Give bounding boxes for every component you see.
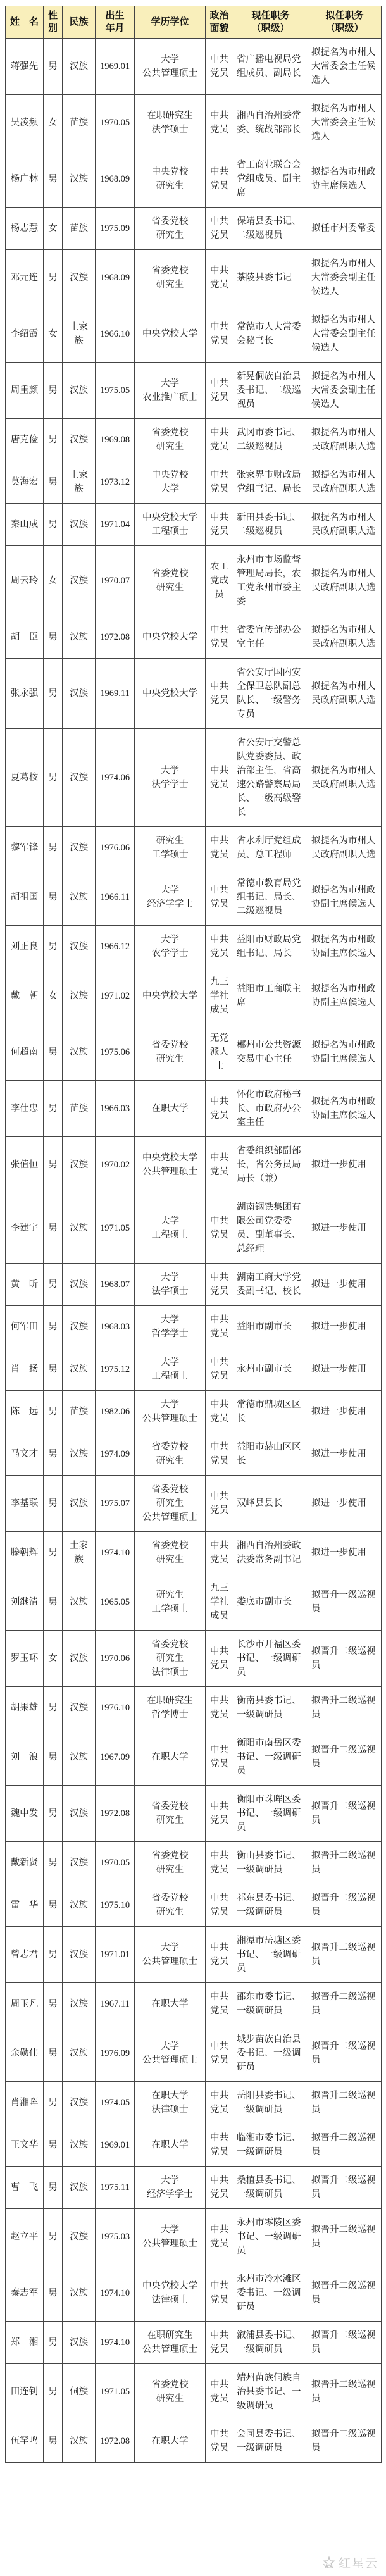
cell-birth: 1974.10: [96, 2265, 135, 2322]
cell-ethnicity: 侗族: [63, 2364, 96, 2420]
cell-birth: 1973.12: [96, 461, 135, 504]
cell-education: 大学 公共管理硕士: [135, 39, 206, 95]
cell-proposed: 拟晋升二级巡视员: [308, 1631, 382, 1687]
cell-gender: 男: [44, 2364, 63, 2420]
cell-gender: 女: [44, 968, 63, 1024]
cell-education: 大学 农业推广硕士: [135, 363, 206, 419]
cell-party: 中共党员: [206, 1631, 233, 1687]
cell-education: 省委党校 研究生: [135, 1842, 206, 1884]
cell-party: 中共党员: [206, 2124, 233, 2167]
cell-name: 胡果雄: [6, 1687, 44, 1729]
table-row: 郑 湘男汉族1974.10在职研究生 公共管理硕士中共党员溆浦县委书记、一级调研…: [6, 2322, 382, 2364]
cell-proposed: 拟提名为市州政协副主席候选人: [308, 1024, 382, 1081]
cell-birth: 1970.05: [96, 95, 135, 151]
cell-education: 大学 经济学学士: [135, 2167, 206, 2209]
cell-birth: 1975.10: [96, 1884, 135, 1927]
cell-gender: 男: [44, 2265, 63, 2322]
cell-name: 杨广林: [6, 151, 44, 208]
cell-proposed: 拟晋升二级巡视员: [308, 2167, 382, 2209]
cell-party: 中共党员: [206, 1348, 233, 1391]
cell-current: 会同县委书记、一级调研员: [233, 2420, 308, 2463]
cell-ethnicity: 苗族: [63, 208, 96, 250]
cell-party: 中共党员: [206, 1476, 233, 1532]
cell-education: 省委党校 研究生: [135, 419, 206, 461]
cell-name: 胡 臣: [6, 616, 44, 659]
cell-education: 在职大学: [135, 2124, 206, 2167]
cell-proposed: 拟提名为市州人民政府副职人选: [308, 461, 382, 504]
cell-current: 溆浦县委书记、一级调研员: [233, 2322, 308, 2364]
cell-ethnicity: 汉族: [63, 869, 96, 926]
cell-current: 长沙市开福区委书记、一级调研员: [233, 1631, 308, 1687]
cell-gender: 男: [44, 419, 63, 461]
cell-ethnicity: 汉族: [63, 1927, 96, 1983]
cell-ethnicity: 汉族: [63, 419, 96, 461]
cell-current: 娄底市副市长: [233, 1574, 308, 1631]
cell-ethnicity: 汉族: [63, 1024, 96, 1081]
cell-gender: 男: [44, 2025, 63, 2082]
cell-birth: 1974.05: [96, 2082, 135, 2124]
cell-proposed: 拟晋升二级巡视员: [308, 2209, 382, 2265]
cell-birth: 1968.03: [96, 1306, 135, 1348]
cell-party: 中共党员: [206, 1306, 233, 1348]
cell-education: 中央党校大学 公共管理硕士: [135, 1137, 206, 1193]
cell-ethnicity: 汉族: [63, 1433, 96, 1476]
cell-ethnicity: 土家族: [63, 461, 96, 504]
cell-birth: 1965.05: [96, 1574, 135, 1631]
cell-current: 省委宣传部办公室主任: [233, 616, 308, 659]
cell-ethnicity: 汉族: [63, 659, 96, 729]
cell-name: 黄 昕: [6, 1264, 44, 1306]
cell-ethnicity: 土家族: [63, 306, 96, 363]
cell-proposed: 拟晋升二级巡视员: [308, 1687, 382, 1729]
cell-proposed: 拟提名为市州人民政府副职人选: [308, 504, 382, 546]
hongxingyun-watermark: 红星云: [321, 2554, 378, 2571]
cell-education: 在职大学: [135, 2420, 206, 2463]
cell-birth: 1967.09: [96, 1729, 135, 1786]
cell-party: 中共党员: [206, 363, 233, 419]
cell-current: 湘西自治州委政法委常务副书记: [233, 1532, 308, 1574]
cell-ethnicity: 汉族: [63, 1983, 96, 2025]
cell-current: 省公安厅交警总队党委委员、政治部主任，省高速公路警察局局长、一级高级警长: [233, 729, 308, 827]
cell-proposed: 拟进一步使用: [308, 1532, 382, 1574]
cell-current: 临湘市委书记、一级调研员: [233, 2124, 308, 2167]
cell-ethnicity: 汉族: [63, 968, 96, 1024]
cell-proposed: 拟晋升二级巡视员: [308, 1729, 382, 1786]
cell-ethnicity: 汉族: [63, 729, 96, 827]
cell-birth: 1975.11: [96, 2167, 135, 2209]
cell-current: 城步苗族自治县委书记、一级调研员: [233, 2025, 308, 2082]
cell-name: 王文华: [6, 2124, 44, 2167]
cell-birth: 1971.02: [96, 968, 135, 1024]
table-row: 伍罕鸣男汉族1972.08在职大学中共党员会同县委书记、一级调研员拟晋升二级巡视…: [6, 2420, 382, 2463]
cell-ethnicity: 苗族: [63, 95, 96, 151]
cell-ethnicity: 汉族: [63, 827, 96, 869]
cell-birth: 1966.12: [96, 926, 135, 968]
cell-gender: 男: [44, 151, 63, 208]
cell-proposed: 拟进一步使用: [308, 1476, 382, 1532]
cell-party: 中共党员: [206, 504, 233, 546]
cell-gender: 女: [44, 306, 63, 363]
table-row: 王文华男汉族1969.01在职大学中共党员临湘市委书记、一级调研员拟晋升二级巡视…: [6, 2124, 382, 2167]
cell-ethnicity: 汉族: [63, 1842, 96, 1884]
cell-current: 武冈市委书记、二级巡视员: [233, 419, 308, 461]
cell-proposed: 拟晋升二级巡视员: [308, 2082, 382, 2124]
cell-gender: 男: [44, 2082, 63, 2124]
cell-gender: 男: [44, 2420, 63, 2463]
table-row: 周玉凡男汉族1967.11在职大学中共党员邵东市委书记、一级调研员拟晋升二级巡视…: [6, 1983, 382, 2025]
cell-current: 衡阳市南岳区委书记、一级调研员: [233, 1729, 308, 1786]
cell-party: 中共党员: [206, 306, 233, 363]
cell-birth: 1970.07: [96, 546, 135, 616]
cell-party: 中共党员: [206, 461, 233, 504]
table-row: 张值恒男汉族1970.02中央党校大学 公共管理硕士中共党员省委组织部副部长，省…: [6, 1137, 382, 1193]
cell-ethnicity: 苗族: [63, 1081, 96, 1137]
cell-ethnicity: 汉族: [63, 1348, 96, 1391]
cell-current: 衡山县委书记、一级调研员: [233, 1842, 308, 1884]
cell-proposed: 拟进一步使用: [308, 1391, 382, 1433]
table-body: 蒋强先男汉族1969.01大学 公共管理硕士中共党员省广播电视局党组成员、副局长…: [6, 39, 382, 2463]
table-row: 莫海宏男土家族1973.12中央党校 大学中共党员张家界市财政局党组书记、局长拟…: [6, 461, 382, 504]
cell-education: 在职大学: [135, 1983, 206, 2025]
table-row: 戴 朝女汉族1971.02中央党校大学九三学社成员益阳市工商联主席拟提名为市州政…: [6, 968, 382, 1024]
watermark-label: 红星云: [339, 2554, 378, 2571]
cell-name: 李建宇: [6, 1193, 44, 1264]
table-row: 夏葛桉男汉族1974.06大学 法学学士中共党员省公安厅交警总队党委委员、政治部…: [6, 729, 382, 827]
cell-gender: 男: [44, 869, 63, 926]
cell-education: 省委党校 研究生: [135, 1024, 206, 1081]
cell-education: 在职大学: [135, 1729, 206, 1786]
cell-proposed: 拟提名为市州人民政府副职人选: [308, 616, 382, 659]
cell-education: 省委党校 研究生: [135, 250, 206, 306]
table-row: 刘 浪男汉族1967.09在职大学中共党员衡阳市南岳区委书记、一级调研员拟晋升二…: [6, 1729, 382, 1786]
cell-party: 中共党员: [206, 1081, 233, 1137]
cell-party: 中共党员: [206, 1193, 233, 1264]
cell-gender: 男: [44, 1024, 63, 1081]
cell-name: 黎军锋: [6, 827, 44, 869]
cell-education: 中央党校大学: [135, 306, 206, 363]
cell-gender: 男: [44, 1348, 63, 1391]
cell-name: 肖 扬: [6, 1348, 44, 1391]
col-header-current-position: 现任职务 （职级）: [233, 6, 308, 39]
cell-party: 中共党员: [206, 1532, 233, 1574]
cell-name: 周玉凡: [6, 1983, 44, 2025]
cell-ethnicity: 汉族: [63, 363, 96, 419]
cell-birth: 1966.10: [96, 306, 135, 363]
cell-party: 中共党员: [206, 1264, 233, 1306]
cell-birth: 1975.09: [96, 208, 135, 250]
cell-party: 中共党员: [206, 1137, 233, 1193]
cell-education: 大学 公共管理硕士: [135, 2025, 206, 2082]
cell-party: 中共党员: [206, 2209, 233, 2265]
cell-birth: 1969.11: [96, 659, 135, 729]
cell-name: 胡祖国: [6, 869, 44, 926]
cell-current: 郴州市公共资源交易中心主任: [233, 1024, 308, 1081]
cell-party: 中共党员: [206, 869, 233, 926]
cell-current: 永州市副市长: [233, 1348, 308, 1391]
table-row: 雷 华男汉族1975.10省委党校 研究生中共党员祁东县委书记、一级调研员拟晋升…: [6, 1884, 382, 1927]
cell-gender: 男: [44, 1081, 63, 1137]
cell-current: 湖南钢铁集团有限公司党委委员、副董事长、总经理: [233, 1193, 308, 1264]
cell-proposed: 拟进一步使用: [308, 1433, 382, 1476]
cell-current: 益阳市副市长: [233, 1306, 308, 1348]
cell-proposed: 拟晋升二级巡视员: [308, 1884, 382, 1927]
cell-ethnicity: 汉族: [63, 1137, 96, 1193]
cell-current: 省委组织部副部长，省公务员局局长（兼）: [233, 1137, 308, 1193]
cell-ethnicity: 汉族: [63, 151, 96, 208]
table-row: 曹 飞男汉族1975.11大学 经济学学士中共党员桑植县委书记、一级调研员拟晋升…: [6, 2167, 382, 2209]
cell-birth: 1976.10: [96, 1687, 135, 1729]
cell-name: 戴新贤: [6, 1842, 44, 1884]
cell-ethnicity: 汉族: [63, 2025, 96, 2082]
cell-current: 省工商业联合会党组成员、副主席: [233, 151, 308, 208]
cell-current: 益阳市工商联主席: [233, 968, 308, 1024]
table-row: 黎军锋男汉族1976.06研究生 工学硕士中共党员省水利厅党组成员、总工程师拟提…: [6, 827, 382, 869]
cell-name: 罗玉环: [6, 1631, 44, 1687]
table-row: 李仕忠男苗族1966.03在职大学中共党员怀化市政府秘书长、市政府办公室主任拟提…: [6, 1081, 382, 1137]
cell-party: 中共党员: [206, 1884, 233, 1927]
table-row: 魏中发男汉族1972.08省委党校 研究生中共党员衡阳市珠晖区委书记、一级调研员…: [6, 1786, 382, 1842]
cell-proposed: 拟晋升二级巡视员: [308, 1983, 382, 2025]
table-row: 蒋强先男汉族1969.01大学 公共管理硕士中共党员省广播电视局党组成员、副局长…: [6, 39, 382, 95]
cell-proposed: 拟晋升二级巡视员: [308, 2420, 382, 2463]
cell-ethnicity: 汉族: [63, 1786, 96, 1842]
cell-gender: 男: [44, 926, 63, 968]
cell-education: 大学 公共管理硕士: [135, 2209, 206, 2265]
cell-ethnicity: 汉族: [63, 1476, 96, 1532]
cell-name: 陈 远: [6, 1391, 44, 1433]
cell-education: 大学 法学硕士: [135, 1264, 206, 1306]
cell-birth: 1982.06: [96, 1391, 135, 1433]
cell-ethnicity: 汉族: [63, 1193, 96, 1264]
cell-party: 九三学社成员: [206, 1574, 233, 1631]
cell-name: 吴凌频: [6, 95, 44, 151]
table-row: 滕朝辉男土家族1974.10省委党校 研究生中共党员湘西自治州委政法委常务副书记…: [6, 1532, 382, 1574]
cell-name: 蒋强先: [6, 39, 44, 95]
cell-party: 中共党员: [206, 1391, 233, 1433]
table-row: 李建宇男汉族1971.05大学 工程硕士中共党员湖南钢铁集团有限公司党委委员、副…: [6, 1193, 382, 1264]
table-row: 张永强男汉族1969.11中央党校大学中共党员省公安厅国内安全保卫总队副总队长、…: [6, 659, 382, 729]
cell-party: 中共党员: [206, 1842, 233, 1884]
cell-birth: 1970.02: [96, 1137, 135, 1193]
cell-gender: 男: [44, 1729, 63, 1786]
cell-birth: 1968.09: [96, 151, 135, 208]
cell-birth: 1975.12: [96, 1348, 135, 1391]
cell-party: 农工党成员: [206, 546, 233, 616]
cell-name: 戴 朝: [6, 968, 44, 1024]
col-header-birthdate: 出生 年月: [96, 6, 135, 39]
cell-birth: 1968.07: [96, 1264, 135, 1306]
cell-proposed: 拟提名为市州人大常委会主任候选人: [308, 95, 382, 151]
cell-proposed: 拟提名为市州人民政府副职人选: [308, 419, 382, 461]
col-header-proposed-position: 拟任职务 （职级）: [308, 6, 382, 39]
cell-proposed: 拟进一步使用: [308, 1348, 382, 1391]
personnel-roster-page: 姓 名 性别 民族 出生 年月 学历学位 政治 面貌 现任职务 （职级） 拟任职…: [0, 0, 386, 2576]
cell-current: 新田县委书记、二级巡视员: [233, 504, 308, 546]
cell-party: 中共党员: [206, 39, 233, 95]
cell-proposed: 拟晋升一级巡视员: [308, 1574, 382, 1631]
cell-name: 李仕忠: [6, 1081, 44, 1137]
cell-proposed: 拟提名为市州政协副主席候选人: [308, 968, 382, 1024]
cell-proposed: 拟进一步使用: [308, 1137, 382, 1193]
cell-party: 中共党员: [206, 2265, 233, 2322]
cell-gender: 男: [44, 659, 63, 729]
cell-birth: 1972.08: [96, 1786, 135, 1842]
cell-party: 中共党员: [206, 2420, 233, 2463]
cell-birth: 1975.03: [96, 2209, 135, 2265]
cell-name: 魏中发: [6, 1786, 44, 1842]
cell-birth: 1976.06: [96, 827, 135, 869]
cell-party: 中共党员: [206, 208, 233, 250]
cell-party: 九三学社成员: [206, 968, 233, 1024]
cell-name: 郑 湘: [6, 2322, 44, 2364]
cell-name: 曾志君: [6, 1927, 44, 1983]
cell-current: 靖州苗族侗族自治县委书记、一级调研员: [233, 2364, 308, 2420]
cell-party: 中共党员: [206, 2025, 233, 2082]
cell-gender: 女: [44, 95, 63, 151]
cell-gender: 男: [44, 1687, 63, 1729]
cell-education: 在职研究生 哲学博士: [135, 1687, 206, 1729]
cell-name: 李基联: [6, 1476, 44, 1532]
table-row: 杨广林男汉族1968.09中央党校 研究生中共党员省工商业联合会党组成员、副主席…: [6, 151, 382, 208]
cell-party: 中共党员: [206, 1983, 233, 2025]
cell-party: 中共党员: [206, 729, 233, 827]
cell-current: 祁东县委书记、一级调研员: [233, 1884, 308, 1927]
cell-birth: 1968.09: [96, 250, 135, 306]
cell-name: 余勋伟: [6, 2025, 44, 2082]
cell-education: 中央党校大学: [135, 616, 206, 659]
cell-gender: 男: [44, 616, 63, 659]
table-row: 李绍霞女土家族1966.10中央党校大学中共党员常德市人大常委会秘书长拟提名为市…: [6, 306, 382, 363]
cell-education: 研究生 工学硕士: [135, 827, 206, 869]
cell-gender: 女: [44, 1631, 63, 1687]
table-row: 胡祖国男汉族1966.11大学 经济学学士中共党员常德市教育局党组书记、局长、二…: [6, 869, 382, 926]
cell-birth: 1969.01: [96, 2124, 135, 2167]
cell-ethnicity: 汉族: [63, 1631, 96, 1687]
cell-current: 益阳市赫山区区长: [233, 1433, 308, 1476]
cell-proposed: 拟晋升二级巡视员: [308, 2364, 382, 2420]
table-row: 田连钊男侗族1971.05省委党校 研究生中共党员靖州苗族侗族自治县委书记、一级…: [6, 2364, 382, 2420]
cell-education: 大学 工程硕士: [135, 1193, 206, 1264]
cell-education: 大学 经济学学士: [135, 869, 206, 926]
cell-current: 邵东市委书记、一级调研员: [233, 1983, 308, 2025]
cell-birth: 1976.09: [96, 2025, 135, 2082]
cell-name: 刘 浪: [6, 1729, 44, 1786]
cell-ethnicity: 汉族: [63, 2209, 96, 2265]
cell-birth: 1974.09: [96, 1433, 135, 1476]
cell-current: 永州市冷水滩区委书记、一级调研员: [233, 2265, 308, 2322]
cell-birth: 1975.07: [96, 1476, 135, 1532]
cell-proposed: 拟晋升二级巡视员: [308, 1927, 382, 1983]
cell-current: 省公安厅国内安全保卫总队副总队长、一级警务专员: [233, 659, 308, 729]
cell-name: 伍罕鸣: [6, 2420, 44, 2463]
cell-party: 中共党员: [206, 1433, 233, 1476]
cell-birth: 1975.06: [96, 1024, 135, 1081]
cell-gender: 男: [44, 729, 63, 827]
cell-gender: 男: [44, 39, 63, 95]
cell-current: 衡阳市珠晖区委书记、一级调研员: [233, 1786, 308, 1842]
cell-party: 中共党员: [206, 827, 233, 869]
cell-education: 省委党校 研究生: [135, 1532, 206, 1574]
cell-name: 李绍霞: [6, 306, 44, 363]
cell-party: 中共党员: [206, 95, 233, 151]
table-row: 胡果雄男汉族1976.10在职研究生 哲学博士中共党员衡南县委书记、一级调研员拟…: [6, 1687, 382, 1729]
cell-proposed: 拟提名为市州人民政府副职人选: [308, 729, 382, 827]
cell-ethnicity: 汉族: [63, 926, 96, 968]
cell-gender: 女: [44, 546, 63, 616]
cell-education: 大学 工程硕士: [135, 1348, 206, 1391]
cell-ethnicity: 汉族: [63, 2124, 96, 2167]
cell-ethnicity: 汉族: [63, 1306, 96, 1348]
cell-ethnicity: 汉族: [63, 1574, 96, 1631]
cell-ethnicity: 汉族: [63, 2420, 96, 2463]
cell-party: 中共党员: [206, 926, 233, 968]
cell-education: 中央党校 大学: [135, 461, 206, 504]
cell-name: 杨志慧: [6, 208, 44, 250]
cell-gender: 男: [44, 1927, 63, 1983]
cell-education: 省委党校 研究生 法律硕士: [135, 1631, 206, 1687]
cell-proposed: 拟晋升二级巡视员: [308, 1842, 382, 1884]
cell-ethnicity: 汉族: [63, 2167, 96, 2209]
cell-gender: 女: [44, 208, 63, 250]
cell-name: 秦志军: [6, 2265, 44, 2322]
cell-name: 赵立平: [6, 2209, 44, 2265]
cell-gender: 男: [44, 1433, 63, 1476]
cell-birth: 1969.01: [96, 39, 135, 95]
table-row: 马文才男汉族1974.09省委党校 研究生中共党员益阳市赫山区区长拟进一步使用: [6, 1433, 382, 1476]
cell-current: 常德市人大常委会秘书长: [233, 306, 308, 363]
cell-ethnicity: 汉族: [63, 616, 96, 659]
cell-education: 省委党校 研究生: [135, 2364, 206, 2420]
cell-name: 周云玲: [6, 546, 44, 616]
cell-current: 岳阳县委书记、一级调研员: [233, 2082, 308, 2124]
cell-current: 省广播电视局党组成员、副局长: [233, 39, 308, 95]
cell-education: 省委党校 研究生: [135, 1433, 206, 1476]
cell-birth: 1970.06: [96, 1631, 135, 1687]
cell-birth: 1966.11: [96, 869, 135, 926]
cell-party: 无党派人士: [206, 1024, 233, 1081]
table-row: 赵立平男汉族1975.03大学 公共管理硕士中共党员永州市零陵区委书记、一级调研…: [6, 2209, 382, 2265]
table-row: 杨志慧女苗族1975.09省委党校 研究生中共党员保靖县委书记、二级巡视员拟任市…: [6, 208, 382, 250]
cell-party: 中共党员: [206, 419, 233, 461]
cell-current: 茶陵县委书记: [233, 250, 308, 306]
table-row: 曾志君男汉族1971.01大学 公共管理硕士中共党员湘潭市岳塘区委书记、一级调研…: [6, 1927, 382, 1983]
cell-current: 永州市市场监督管理局局长，农工党永州市委主委: [233, 546, 308, 616]
cell-gender: 男: [44, 504, 63, 546]
cell-party: 中共党员: [206, 1927, 233, 1983]
cell-party: 中共党员: [206, 616, 233, 659]
cell-birth: 1972.08: [96, 2420, 135, 2463]
cell-gender: 男: [44, 1137, 63, 1193]
cell-name: 唐克俭: [6, 419, 44, 461]
cell-name: 邓元连: [6, 250, 44, 306]
table-row: 肖 扬男汉族1975.12大学 工程硕士中共党员永州市副市长拟进一步使用: [6, 1348, 382, 1391]
table-row: 秦山成男汉族1971.04中央党校大学 工程硕士中共党员新田县委书记、二级巡视员…: [6, 504, 382, 546]
cell-birth: 1974.06: [96, 729, 135, 827]
header-row: 姓 名 性别 民族 出生 年月 学历学位 政治 面貌 现任职务 （职级） 拟任职…: [6, 6, 382, 39]
cell-birth: 1971.01: [96, 1927, 135, 1983]
cell-ethnicity: 汉族: [63, 250, 96, 306]
cell-proposed: 拟进一步使用: [308, 1264, 382, 1306]
cell-proposed: 拟提名为市州人大常委会副主任候选人: [308, 250, 382, 306]
cell-gender: 男: [44, 2209, 63, 2265]
cell-ethnicity: 汉族: [63, 1264, 96, 1306]
cell-name: 何军田: [6, 1306, 44, 1348]
cell-current: 桑植县委书记、一级调研员: [233, 2167, 308, 2209]
cell-proposed: 拟提名为市州政协副主席候选人: [308, 869, 382, 926]
cell-birth: 1974.10: [96, 1532, 135, 1574]
cell-education: 省委党校 研究生: [135, 1786, 206, 1842]
cell-education: 在职大学 法律硕士: [135, 2082, 206, 2124]
